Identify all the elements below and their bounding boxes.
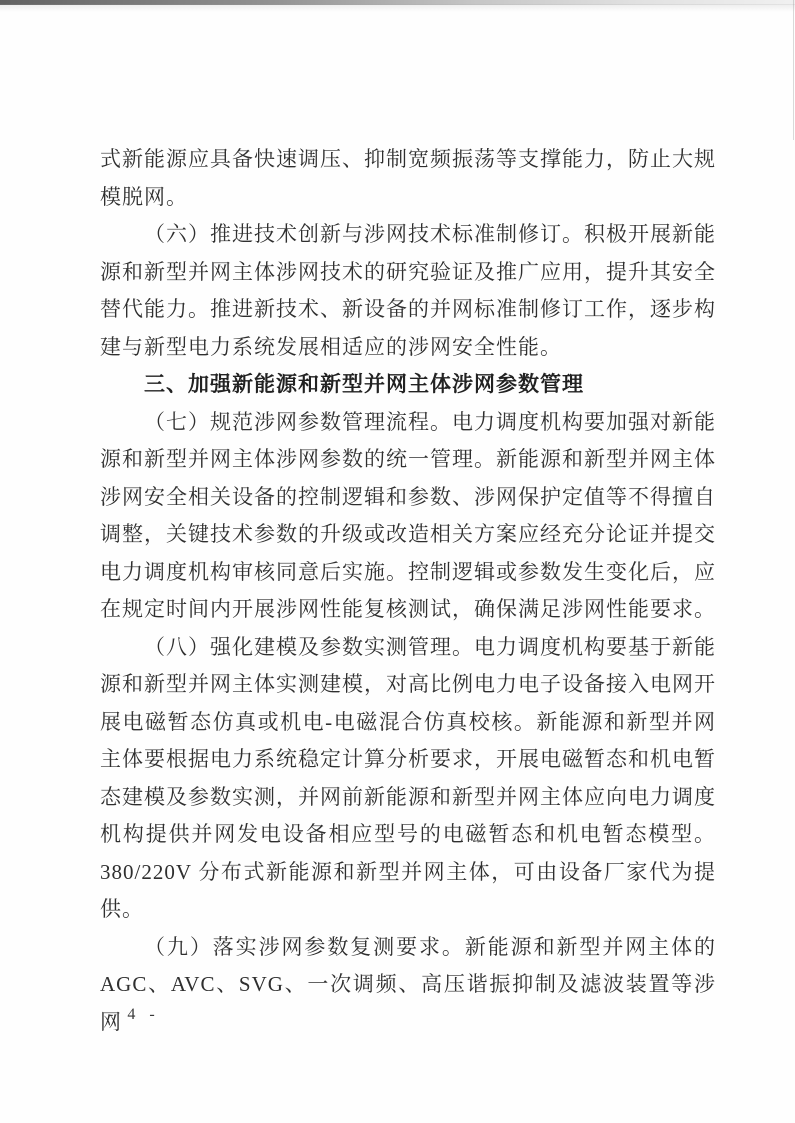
paragraph-item-six: （六）推进技术创新与涉网技术标准制修订。积极开展新能源和新型并网主体涉网技术的研… <box>100 216 716 366</box>
scan-artifact-right-edge <box>793 0 794 140</box>
section-heading-three: 三、加强新能源和新型并网主体涉网参数管理 <box>100 366 716 404</box>
document-body: 式新能源应具备快速调压、抑制宽频振荡等支撑能力，防止大规模脱网。 （六）推进技术… <box>100 141 716 1041</box>
paragraph-item-nine: （九）落实涉网参数复测要求。新能源和新型并网主体的AGC、AVC、SVG、一次调… <box>100 929 716 1042</box>
paragraph-item-eight: （八）强化建模及参数实测管理。电力调度机构要基于新能源和新型并网主体实测建模，对… <box>100 629 716 929</box>
paragraph-item-seven: （七）规范涉网参数管理流程。电力调度机构要加强对新能源和新型并网主体涉网参数的统… <box>100 404 716 629</box>
scan-artifact-smudge <box>0 4 795 12</box>
paragraph-continuation: 式新能源应具备快速调压、抑制宽频振荡等支撑能力，防止大规模脱网。 <box>100 141 716 216</box>
scanned-document-page: 式新能源应具备快速调压、抑制宽频振荡等支撑能力，防止大规模脱网。 （六）推进技术… <box>0 0 795 1123</box>
page-number: - 4 - <box>108 1006 160 1024</box>
